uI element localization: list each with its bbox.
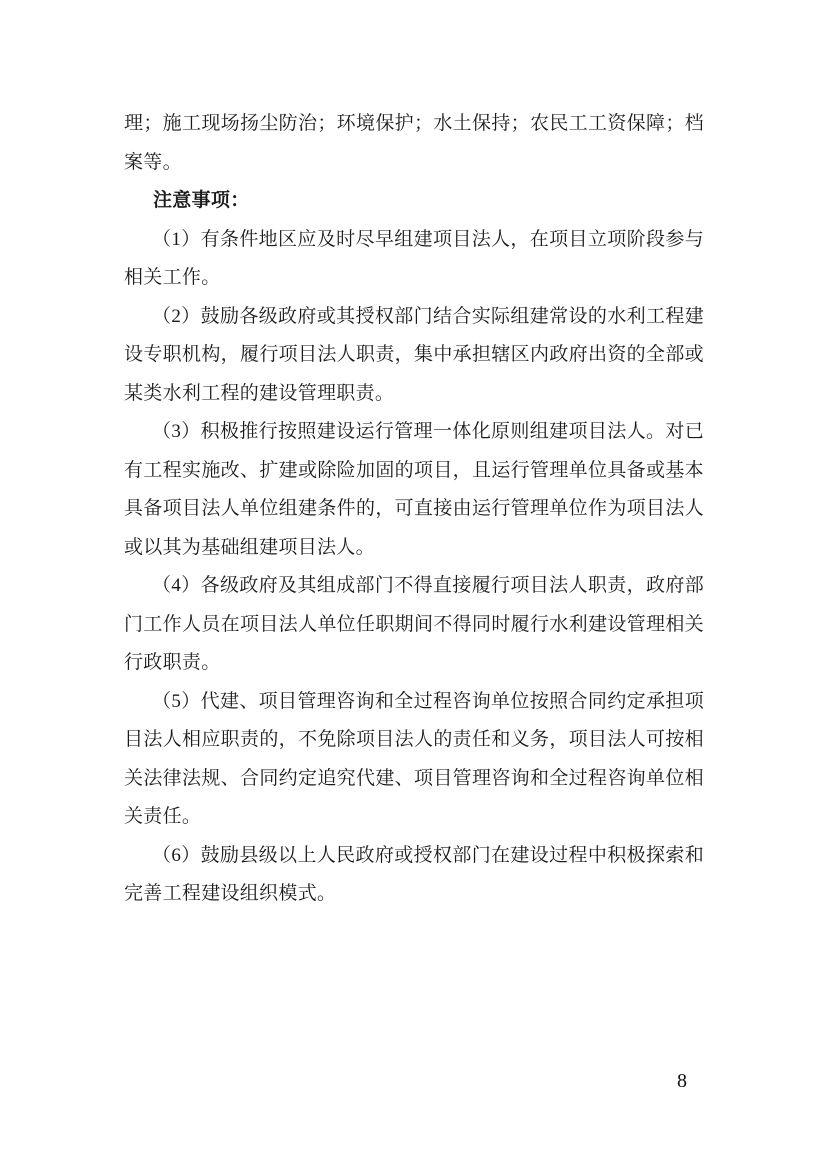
numbered-item-1: （1）有条件地区应及时尽早组建项目法人，在项目立项阶段参与相关工作。 (124, 221, 704, 298)
page-number: 8 (670, 1070, 694, 1093)
section-heading: 注意事项： (124, 182, 704, 221)
document-body: 理；施工现场扬尘防治；环境保护；水土保持；农民工工资保障；档案等。 注意事项： … (124, 105, 704, 914)
document-page: 理；施工现场扬尘防治；环境保护；水土保持；农民工工资保障；档案等。 注意事项： … (0, 0, 826, 1169)
numbered-item-4: （4）各级政府及其组成部门不得直接履行项目法人职责，政府部门工作人员在项目法人单… (124, 567, 704, 683)
numbered-item-2: （2）鼓励各级政府或其授权部门结合实际组建常设的水利工程建设专职机构，履行项目法… (124, 298, 704, 414)
paragraph-continuation: 理；施工现场扬尘防治；环境保护；水土保持；农民工工资保障；档案等。 (124, 105, 704, 182)
numbered-item-3: （3）积极推行按照建设运行管理一体化原则组建项目法人。对已有工程实施改、扩建或除… (124, 413, 704, 567)
numbered-item-5: （5）代建、项目管理咨询和全过程咨询单位按照合同约定承担项目法人相应职责的，不免… (124, 683, 704, 837)
numbered-item-6: （6）鼓励县级以上人民政府或授权部门在建设过程中积极探索和完善工程建设组织模式。 (124, 837, 704, 914)
